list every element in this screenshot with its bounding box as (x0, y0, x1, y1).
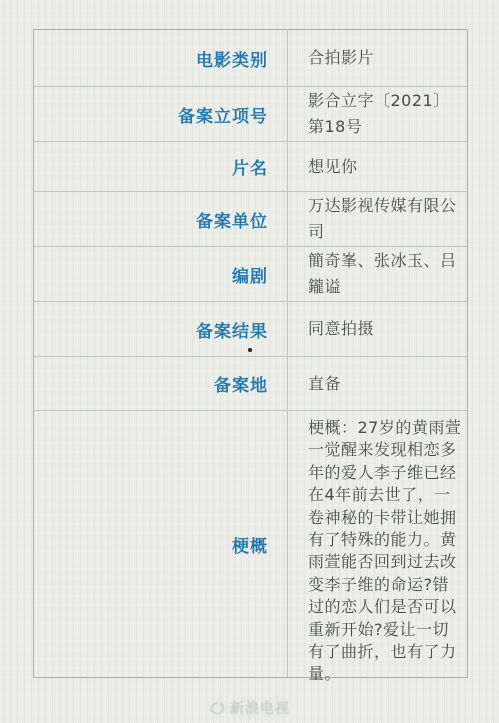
film-registration-table: 电影类别 合拍影片 备案立项号 影合立字〔2021〕第18号 片名 想见你 备案… (33, 29, 468, 678)
row-value-registration-unit: 万达影视传媒有限公司 (288, 192, 467, 246)
row-value-registration-number: 影合立字〔2021〕第18号 (288, 87, 467, 141)
stray-dot-mark (248, 348, 252, 352)
row-label-registration-unit: 备案单位 (34, 192, 288, 246)
row-value-synopsis: 梗概：27岁的黄雨萱一觉醒来发现相恋多年的爱人李子维已经在4年前去世了，一卷神秘… (288, 411, 467, 677)
row-label-registration-result: 备案结果 (34, 302, 288, 356)
row-label-synopsis: 梗概 (34, 411, 288, 677)
table-row: 备案单位 万达影视传媒有限公司 (34, 191, 467, 246)
row-value-registration-result: 同意拍摄 (288, 302, 467, 356)
table-row: 片名 想见你 (34, 141, 467, 191)
table-row: 备案地 直备 (34, 356, 467, 410)
row-value-film-category: 合拍影片 (288, 30, 467, 86)
row-label-screenwriter: 编剧 (34, 247, 288, 301)
row-value-registration-place: 直备 (288, 357, 467, 410)
table-row: 编剧 簡奇峯、张冰玉、吕鑨谥 (34, 246, 467, 301)
watermark-text: 新浪电视 (230, 698, 290, 718)
row-label-registration-place: 备案地 (34, 357, 288, 410)
table-row: 电影类别 合拍影片 (34, 30, 467, 86)
row-label-registration-number: 备案立项号 (34, 87, 288, 141)
table-row: 备案结果 同意拍摄 (34, 301, 467, 356)
row-value-screenwriter: 簡奇峯、张冰玉、吕鑨谥 (288, 247, 467, 301)
row-label-film-category: 电影类别 (34, 30, 288, 86)
row-value-film-title: 想见你 (288, 142, 467, 191)
table-row: 备案立项号 影合立字〔2021〕第18号 (34, 86, 467, 141)
row-label-film-title: 片名 (34, 142, 288, 191)
table-row: 梗概 梗概：27岁的黄雨萱一觉醒来发现相恋多年的爱人李子维已经在4年前去世了，一… (34, 410, 467, 677)
watermark: 新浪电视 (0, 697, 499, 719)
weibo-eye-icon (209, 701, 226, 716)
